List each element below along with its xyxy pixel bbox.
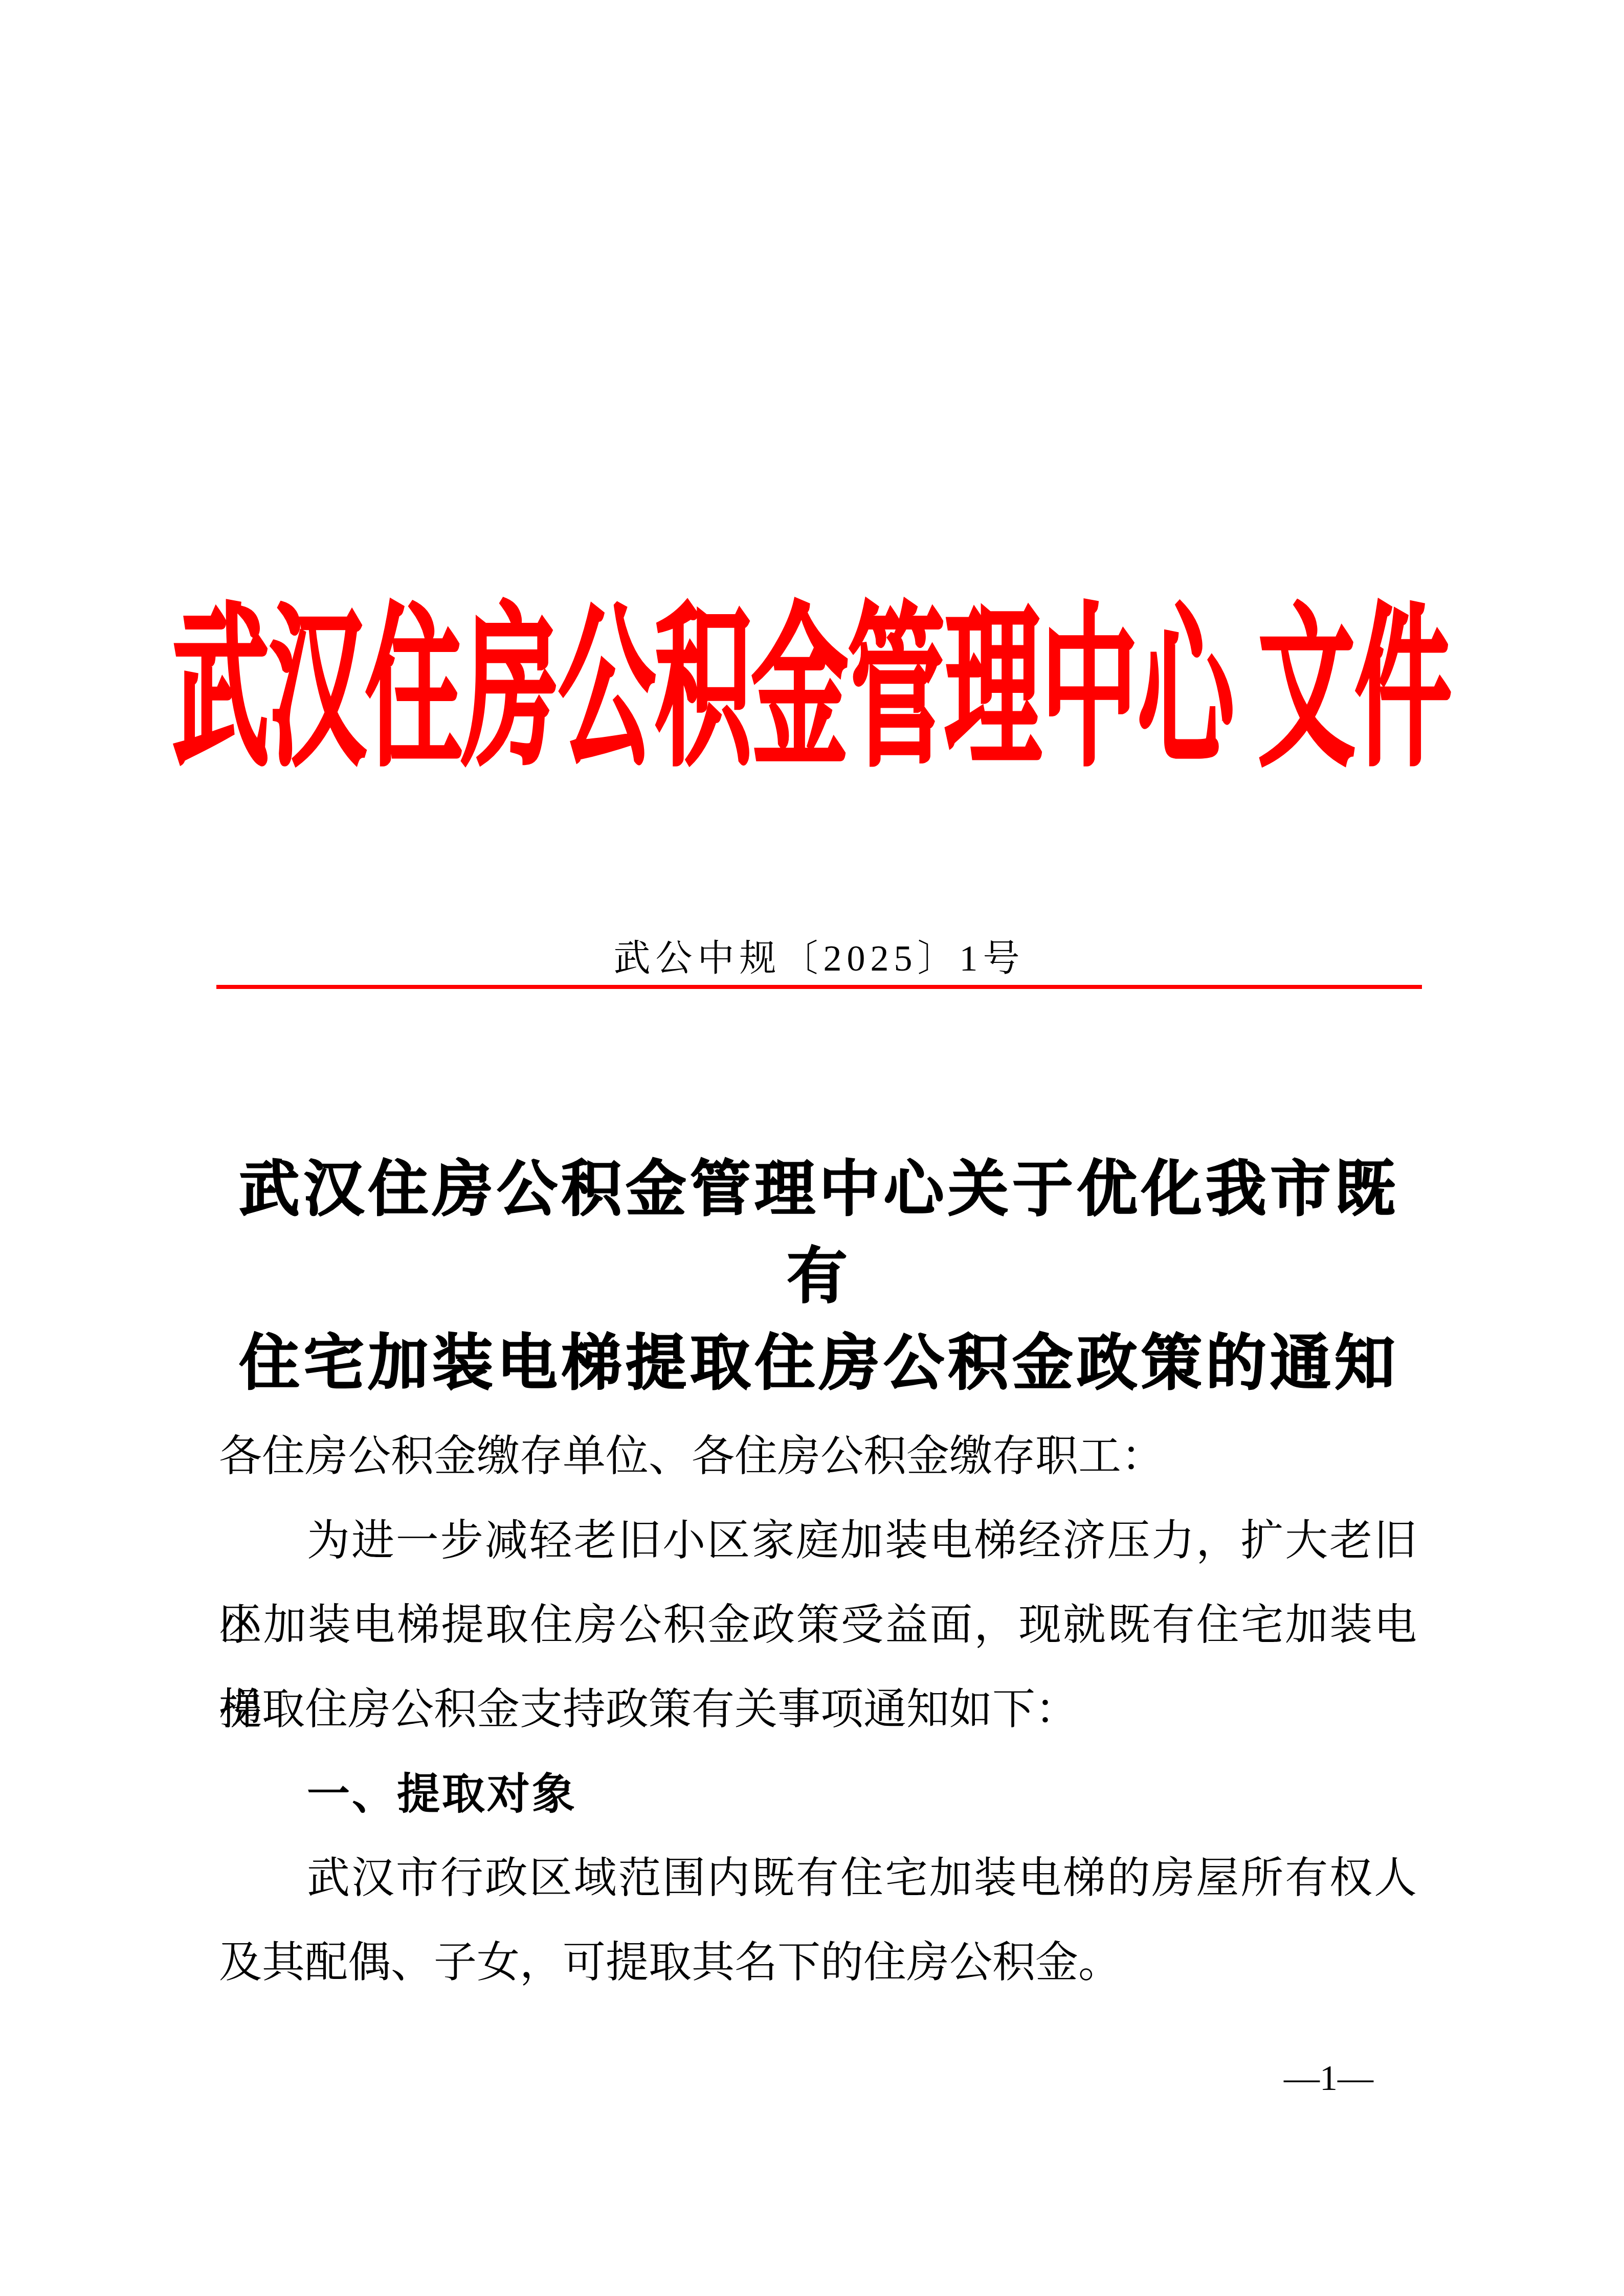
document-title: 武汉住房公积金管理中心关于优化我市既有 住宅加装电梯提取住房公积金政策的通知 [216,1146,1422,1407]
agency-red-header-text: 武汉住房公积金管理中心 文件 [172,603,1451,777]
body-line: 为进一步减轻老旧小区家庭加装电梯经济压力，扩大老旧小 [219,1499,1417,1583]
document-title-line-2: 住宅加装电梯提取住房公积金政策的通知 [216,1320,1422,1407]
document-number: 武公中规〔2025〕1号 [216,938,1422,979]
section-heading: 一、提取对象 [219,1752,1417,1836]
agency-red-header: 武汉住房公积金管理中心 文件 [0,603,1624,777]
body-line: 及其配偶、子女，可提取其名下的住房公积金。 [219,1921,1417,2005]
body-line: 武汉市行政区域范围内既有住宅加装电梯的房屋所有权人 [219,1836,1417,1921]
red-divider-rule [216,985,1422,989]
document-body: 各住房公积金缴存单位、各住房公积金缴存职工： 为进一步减轻老旧小区家庭加装电梯经… [219,1414,1417,2005]
page-number: —1— [1284,2061,1373,2097]
body-line: 提取住房公积金支持政策有关事项通知如下： [219,1668,1417,1752]
official-document-page: 武汉住房公积金管理中心 文件 武公中规〔2025〕1号 武汉住房公积金管理中心关… [0,0,1624,2296]
body-line: 区加装电梯提取住房公积金政策受益面，现就既有住宅加装电梯 [219,1583,1417,1668]
salutation-line: 各住房公积金缴存单位、各住房公积金缴存职工： [219,1414,1417,1499]
document-title-line-1: 武汉住房公积金管理中心关于优化我市既有 [216,1146,1422,1320]
